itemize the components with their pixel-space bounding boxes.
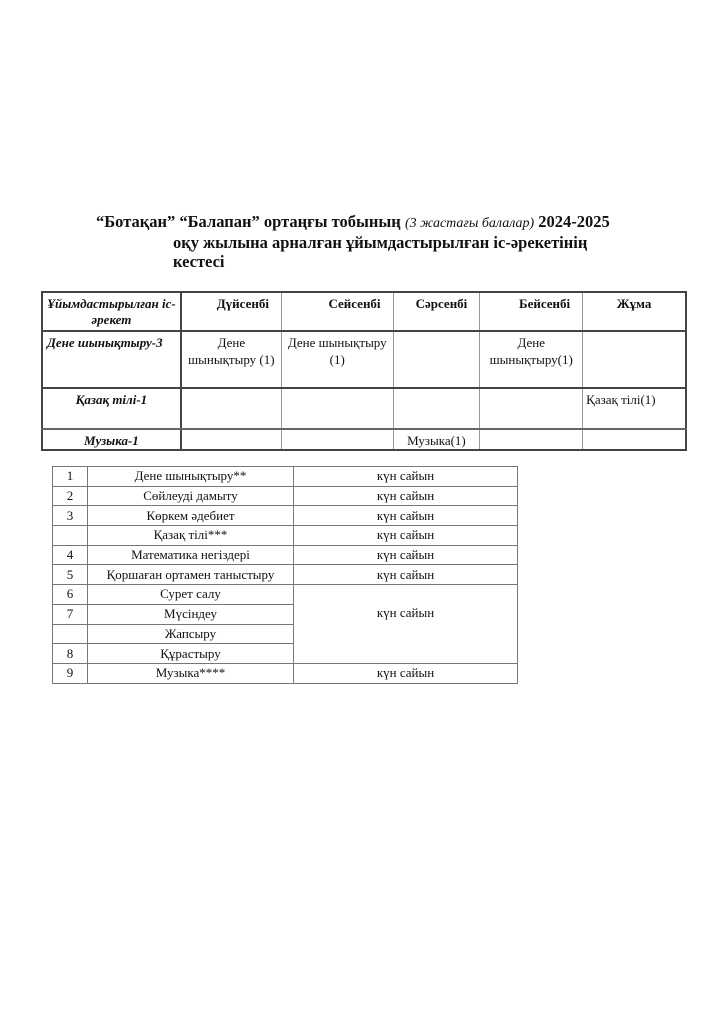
table-row: 4 Математика негіздері күн сайын [53,545,518,565]
row-number [53,526,88,546]
title-year: 2024-2025 [538,212,610,231]
row-number [53,624,88,644]
subject-frequency-merged: күн сайын [294,585,518,664]
subject-frequency: күн сайын [294,467,518,487]
cell-wednesday [393,331,480,388]
row-label-physical-education: Дене шынықтыру-3 [42,331,181,388]
table-row: Қазақ тілі*** күн сайын [53,526,518,546]
cell-tuesday [281,429,393,450]
cell-monday [181,429,282,450]
table-row: 1 Дене шынықтыру** күн сайын [53,467,518,487]
title-line-1: “Ботақан” “Балапан” ортаңғы тобының (3 ж… [96,212,656,233]
schedule-header-row: Ұйымдастырылған іс-әрекет Дүйсенбі Сейсе… [42,292,686,331]
subject-name: Қоршаған ортамен таныстыру [88,565,294,585]
cell-wednesday [393,388,480,429]
cell-tuesday: Дене шынықтыру (1) [281,331,393,388]
schedule-row: Музыка-1 Музыка(1) [42,429,686,450]
subject-name: Сурет салу [88,585,294,605]
cell-wednesday: Музыка(1) [393,429,480,450]
schedule-row: Дене шынықтыру-3 Дене шынықтыру (1) Дене… [42,331,686,388]
table-row: 2 Сөйлеуді дамыту күн сайын [53,486,518,506]
weekly-schedule-table: Ұйымдастырылған іс-әрекет Дүйсенбі Сейсе… [41,291,687,451]
row-number: 4 [53,545,88,565]
table-row: 9 Музыка**** күн сайын [53,663,518,683]
title-line-2: оқу жылына арналған ұйымдастырылған іс-ә… [96,233,656,252]
subject-name: Мүсіндеу [88,604,294,624]
subject-name: Қазақ тілі*** [88,526,294,546]
subject-frequency: күн сайын [294,565,518,585]
header-tuesday: Сейсенбі [281,292,393,331]
row-number: 1 [53,467,88,487]
cell-thursday [480,429,583,450]
row-label-kazakh-language: Қазақ тілі-1 [42,388,181,429]
header-activity: Ұйымдастырылған іс-әрекет [42,292,181,331]
subject-name: Дене шынықтыру** [88,467,294,487]
row-number: 6 [53,585,88,605]
subject-frequency: күн сайын [294,486,518,506]
cell-thursday: Дене шынықтыру(1) [480,331,583,388]
subject-name: Математика негіздері [88,545,294,565]
subject-name: Сөйлеуді дамыту [88,486,294,506]
row-number: 7 [53,604,88,624]
subject-frequency: күн сайын [294,545,518,565]
header-monday: Дүйсенбі [181,292,282,331]
row-number: 5 [53,565,88,585]
cell-friday: Қазақ тілі(1) [583,388,686,429]
title-age-note: (3 жастағы балалар) [405,216,534,231]
header-wednesday: Сәрсенбі [393,292,480,331]
table-row: 5 Қоршаған ортамен таныстыру күн сайын [53,565,518,585]
cell-thursday [480,388,583,429]
subject-name: Құрастыру [88,644,294,664]
subject-name: Жапсыру [88,624,294,644]
cell-friday [583,429,686,450]
subjects-frequency-table: 1 Дене шынықтыру** күн сайын 2 Сөйлеуді … [52,466,518,684]
document-title: “Ботақан” “Балапан” ортаңғы тобының (3 ж… [96,212,656,271]
table-row: 6 Сурет салу күн сайын [53,585,518,605]
cell-monday [181,388,282,429]
subject-name: Музыка**** [88,663,294,683]
row-number: 8 [53,644,88,664]
header-friday: Жұма [583,292,686,331]
cell-monday: Дене шынықтыру (1) [181,331,282,388]
cell-friday [583,331,686,388]
subject-frequency: күн сайын [294,506,518,526]
row-label-music: Музыка-1 [42,429,181,450]
title-line-3: кестесі [96,252,656,271]
title-group-names: “Ботақан” “Балапан” ортаңғы тобының [96,212,401,231]
table-row: 3 Көркем әдебиет күн сайын [53,506,518,526]
subject-name: Көркем әдебиет [88,506,294,526]
row-number: 3 [53,506,88,526]
header-thursday: Бейсенбі [480,292,583,331]
row-number: 9 [53,663,88,683]
cell-tuesday [281,388,393,429]
subject-frequency: күн сайын [294,663,518,683]
schedule-row: Қазақ тілі-1 Қазақ тілі(1) [42,388,686,429]
subject-frequency: күн сайын [294,526,518,546]
row-number: 2 [53,486,88,506]
